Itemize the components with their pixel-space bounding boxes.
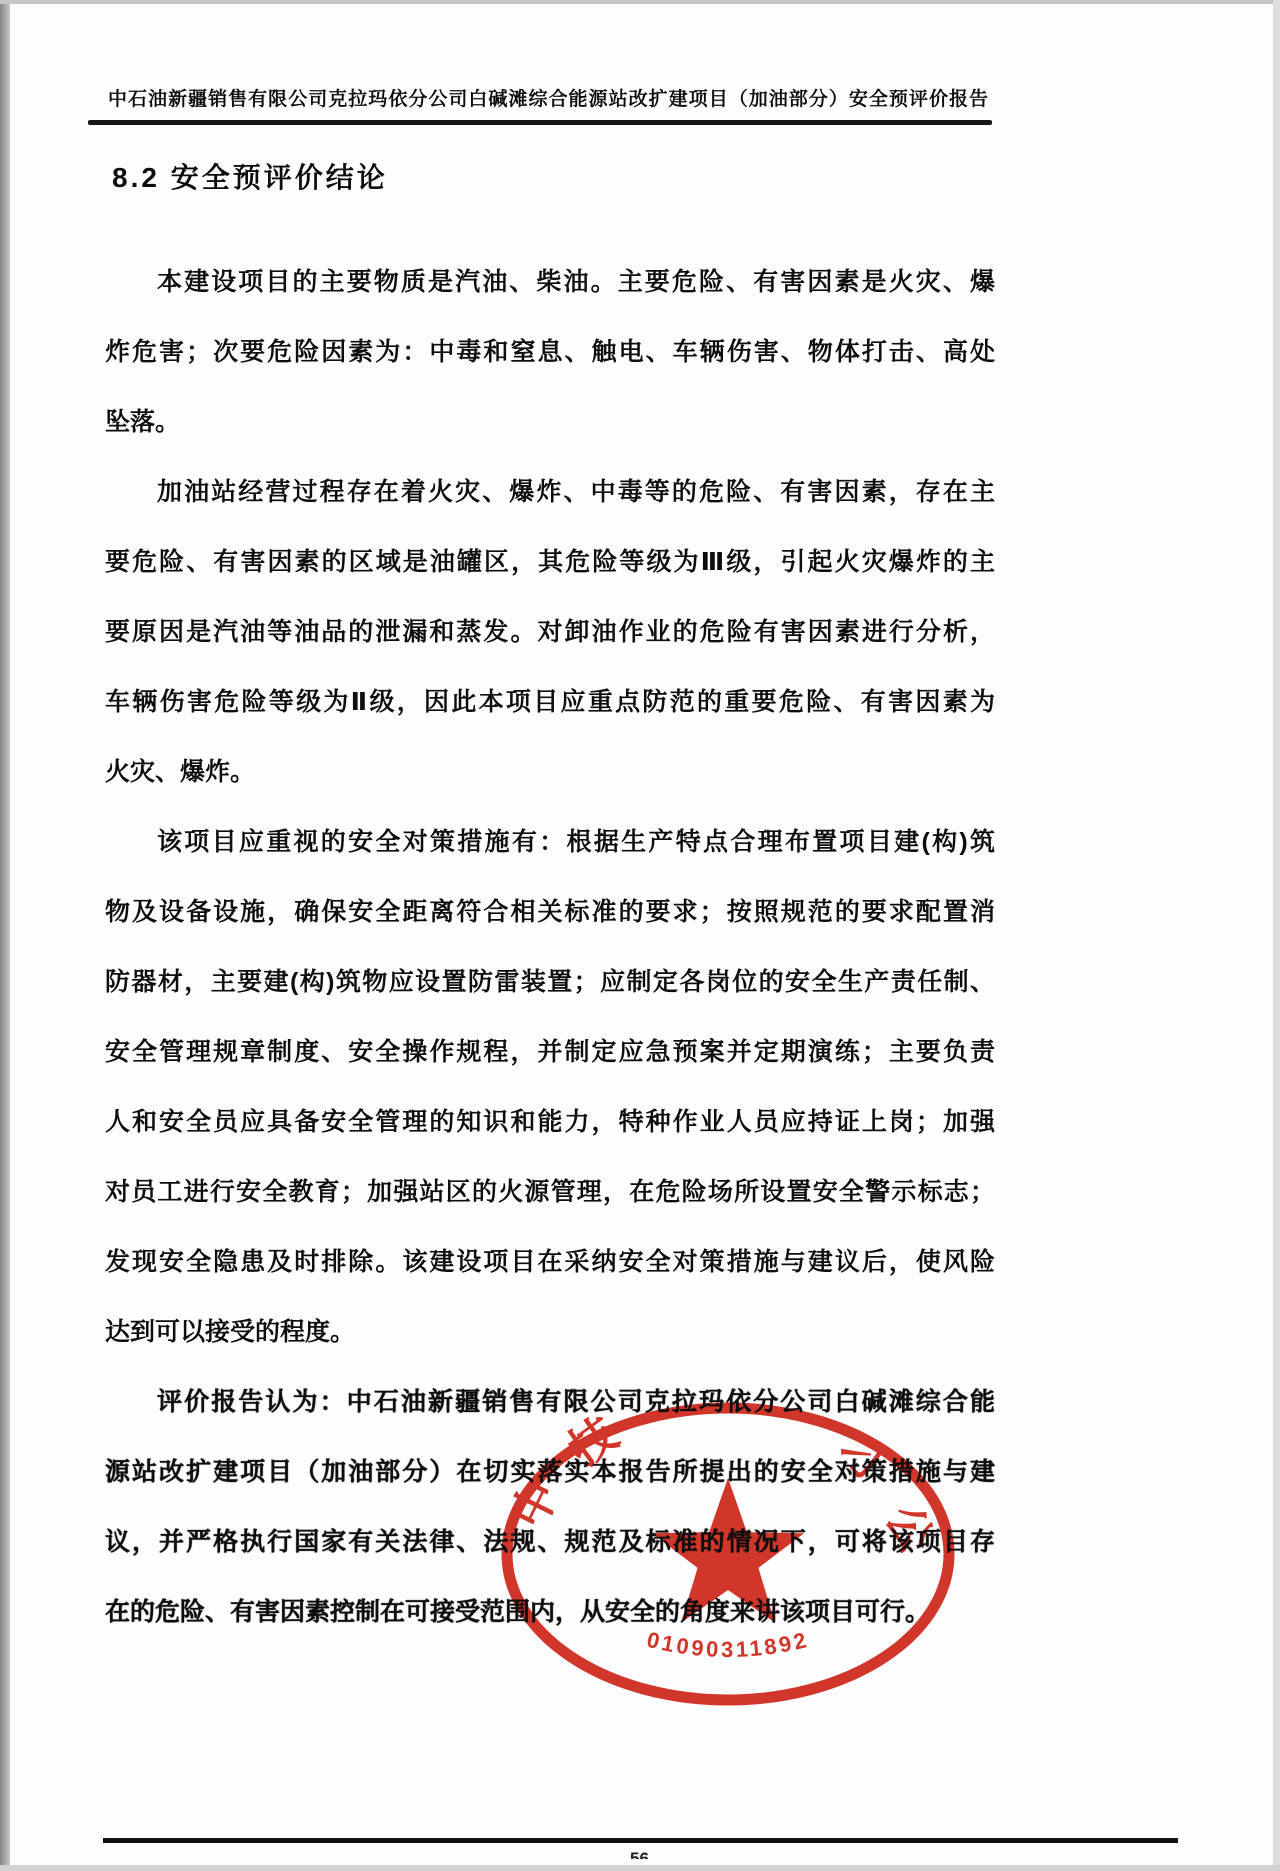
body-line: 要原因是汽油等油品的泄漏和蒸发。对卸油作业的危险有害因素进行分析， (105, 597, 995, 667)
body-line: 防器材，主要建(构)筑物应设置防雷装置；应制定各岗位的安全生产责任制、 (105, 947, 995, 1017)
body-line: 在的危险、有害因素控制在可接受范围内，从安全的角度来讲该项目可行。 (105, 1577, 995, 1647)
page-number: 56 (630, 1849, 649, 1859)
body-line: 人和安全员应具备安全管理的知识和能力，特种作业人员应持证上岗；加强 (105, 1087, 995, 1157)
body-line: 对员工进行安全教育；加强站区的火源管理，在危险场所设置安全警示标志； (105, 1157, 995, 1227)
body-line: 安全管理规章制度、安全操作规程，并制定应急预案并定期演练；主要负责 (105, 1017, 995, 1087)
footer-rule (103, 1838, 1178, 1843)
body-line: 加油站经营过程存在着火灾、爆炸、中毒等的危险、有害因素，存在主 (105, 457, 995, 527)
running-header: 中石油新疆销售有限公司克拉玛依分公司白碱滩综合能源站改扩建项目（加油部分）安全预… (108, 84, 988, 111)
body-text: 本建设项目的主要物质是汽油、柴油。主要危险、有害因素是火灾、爆炸危害；次要危险因… (105, 247, 995, 1647)
body-line: 该项目应重视的安全对策措施有：根据生产特点合理布置项目建(构)筑 (105, 807, 995, 877)
body-line: 火灾、爆炸。 (105, 737, 995, 807)
photo-edge-left (0, 0, 10, 1871)
header-rule (88, 120, 992, 125)
body-line: 发现安全隐患及时排除。该建设项目在采纳安全对策措施与建议后，使风险 (105, 1227, 995, 1297)
document-page: 中石油新疆销售有限公司克拉玛依分公司白碱滩综合能源站改扩建项目（加油部分）安全预… (0, 0, 1280, 1871)
body-line: 物及设备设施，确保安全距离符合相关标准的要求；按照规范的要求配置消 (105, 877, 995, 947)
body-line: 源站改扩建项目（加油部分）在切实落实本报告所提出的安全对策措施与建 (105, 1437, 995, 1507)
body-line: 车辆伤害危险等级为Ⅱ级，因此本项目应重点防范的重要危险、有害因素为 (105, 667, 995, 737)
photo-edge-right (1273, 0, 1280, 1871)
body-line: 要危险、有害因素的区域是油罐区，其危险等级为Ⅲ级，引起火灾爆炸的主 (105, 527, 995, 597)
body-line: 达到可以接受的程度。 (105, 1297, 995, 1367)
body-line: 本建设项目的主要物质是汽油、柴油。主要危险、有害因素是火灾、爆 (105, 247, 995, 317)
body-line: 议，并严格执行国家有关法律、法规、规范及标准的情况下，可将该项目存 (105, 1507, 995, 1577)
body-line: 评价报告认为：中石油新疆销售有限公司克拉玛依分公司白碱滩综合能 (105, 1367, 995, 1437)
photo-edge-top (0, 0, 1280, 4)
body-line: 炸危害；次要危险因素为：中毒和窒息、触电、车辆伤害、物体打击、高处 (105, 317, 995, 387)
body-line: 坠落。 (105, 387, 995, 457)
photo-edge-bottom (0, 1865, 1280, 1871)
section-heading: 8.2 安全预评价结论 (112, 156, 388, 196)
